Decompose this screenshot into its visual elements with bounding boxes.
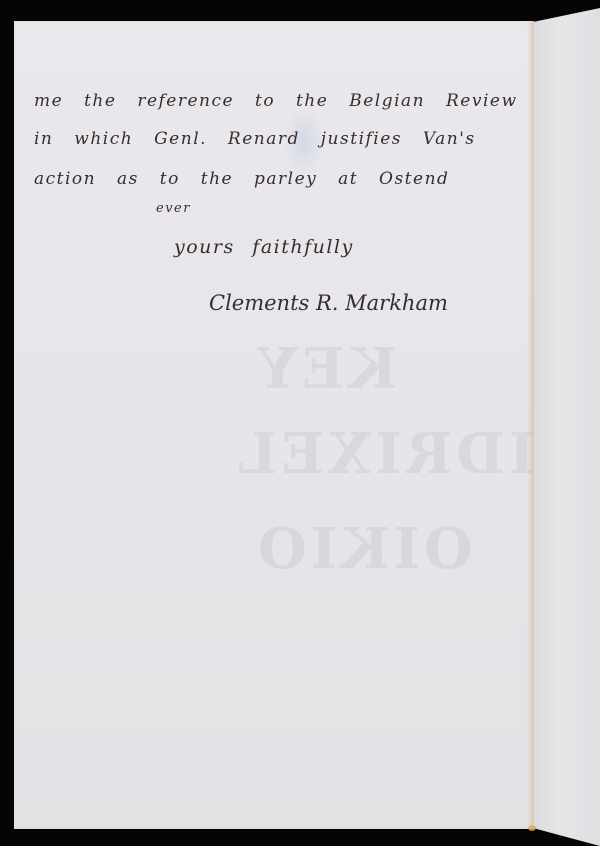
handwritten-line-1: me the reference to the Belgian Review — [34, 91, 518, 111]
handwritten-line-3: action as to the parley at Ostend — [34, 169, 449, 189]
bleed-through-line-2: IDRIXEL — [234, 421, 535, 487]
bleed-through-line-3: OIKIO — [254, 516, 473, 582]
closing-yours-faithfully: yours faithfully — [174, 236, 354, 258]
foxing-stain — [528, 825, 536, 831]
facing-page — [533, 0, 600, 846]
bleed-through-line-1: KEY — [254, 336, 397, 402]
handwritten-line-2: in which Genl. Renard justifies Van's — [34, 129, 476, 149]
signature: Clements R. Markham — [209, 291, 448, 315]
closing-ever: ever — [156, 201, 191, 216]
letter-page: KEY IDRIXEL OIKIO me the reference to th… — [14, 21, 534, 829]
